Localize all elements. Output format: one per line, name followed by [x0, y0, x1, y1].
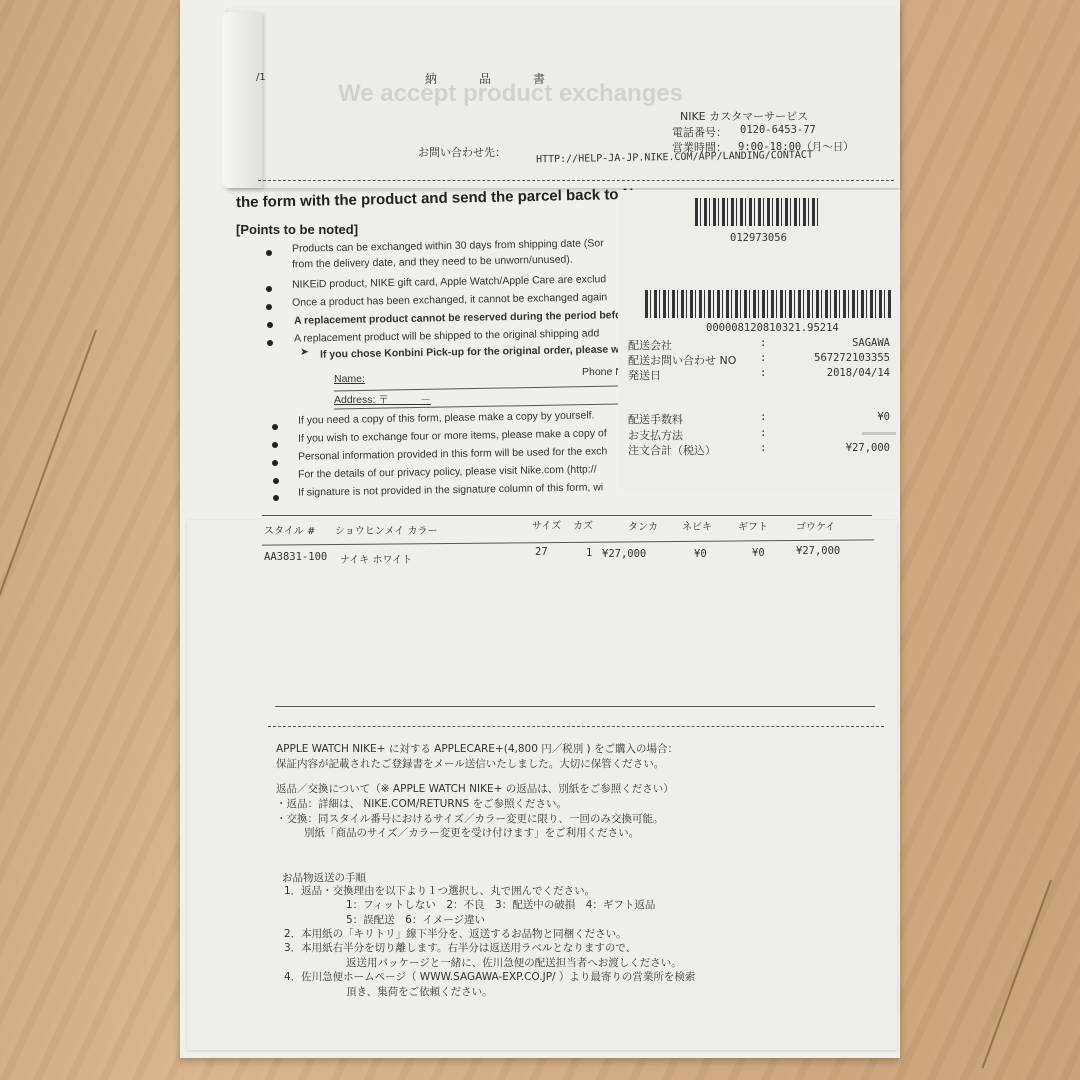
bullet [266, 304, 272, 310]
address-label: Address: 〒 － [334, 392, 431, 407]
shipping-value: ¥0 [820, 411, 890, 423]
shipping-label: 配送手数料 [628, 411, 683, 427]
table-rule-top [262, 515, 872, 516]
table-header-product: ショウヒンメイ カラー [335, 522, 437, 537]
bullet [267, 340, 273, 346]
shipping-sep: : [760, 442, 766, 454]
cut-line [258, 180, 894, 181]
payment-method-redacted [862, 432, 896, 435]
returns-note: ・返品：詳細は、 NIKE.COM/RETURNS をご参照ください。 [276, 796, 567, 811]
konbini-arrow-icon: ➤ [300, 346, 309, 358]
page-marker: /1 [256, 72, 266, 83]
bullet [273, 478, 279, 484]
procedure-step: 2．本用紙の「キリトリ」線下半分を、返送するお品物と同梱ください。 [284, 926, 627, 941]
bullet [273, 495, 279, 501]
bullet [266, 250, 272, 256]
phone-label: Phone N [582, 366, 623, 378]
shipping-value: 2018/04/14 [800, 367, 890, 379]
shipping-sep: : [760, 352, 766, 364]
shipping-value: 567272103355 [800, 352, 890, 364]
shipping-label: 発送日 [628, 367, 661, 383]
item-qty: 1 [586, 547, 592, 559]
shipping-sep: : [760, 427, 766, 439]
barcode-tracking [645, 290, 893, 318]
procedure-step: 頂き、集荷をご依頼ください。 [346, 984, 493, 999]
shipping-value: SAGAWA [820, 337, 890, 349]
paper-curl [222, 12, 262, 188]
returns-note: 別紙「商品のサイズ／カラー変更を受け付けます」をご利用ください。 [304, 825, 639, 840]
applecare-note: APPLE WATCH NIKE+ に対する APPLECARE+(4,800 … [276, 741, 678, 756]
table-header-style: スタイル # [264, 522, 315, 537]
barcode-order [695, 198, 820, 226]
name-label: Name: [334, 373, 365, 385]
bullet [272, 460, 278, 466]
procedure-step: 1．返品・交換理由を以下より１つ選択し、丸で囲んでください。 [284, 883, 595, 898]
procedure-step: 4．佐川急便ホームページ（ WWW.SAGAWA-EXP.CO.JP/ ）より最… [284, 969, 695, 984]
shipping-sep: : [760, 411, 766, 423]
table-rule-bottom [275, 706, 875, 707]
bullet [266, 286, 272, 292]
shipping-sep: : [760, 337, 766, 349]
item-unit-price: ¥27,000 [602, 548, 646, 560]
table-header-qty: カズ [573, 517, 593, 532]
table-header-total: ゴウケイ [796, 518, 835, 533]
phone-number: 0120-6453-77 [740, 124, 816, 136]
table-header-gift: ギフト [738, 518, 768, 533]
shipping-value: ¥27,000 [800, 442, 890, 454]
applecare-note: 保証内容が記載されたご登録書をメール送信いたしました。大切に保管ください。 [276, 756, 664, 771]
item-size: 27 [535, 546, 548, 558]
table-header-discount: ネビキ [682, 518, 712, 533]
item-gift: ¥0 [752, 547, 765, 559]
item-name-color: ナイキ ホワイト [340, 551, 412, 566]
table-header-unit-price: タンカ [628, 518, 658, 533]
procedure-reasons: 1：フィットしない 2：不良 3：配送中の破損 4：ギフト返品 [346, 897, 655, 912]
shipping-sep: : [760, 367, 766, 379]
shipping-label: 配送お問い合わせ NO [628, 352, 736, 368]
cut-line [268, 726, 884, 727]
item-total: ¥27,000 [796, 545, 840, 557]
bullet [267, 322, 273, 328]
returns-heading: 返品／交換について（※ APPLE WATCH NIKE+ の返品は、別紙をご参… [276, 781, 674, 796]
shipping-label: お支払方法 [628, 427, 683, 443]
phone-label: 電話番号： [672, 124, 727, 140]
bullet [272, 442, 278, 448]
contact-label: お問い合わせ先： [418, 144, 506, 160]
barcode-order-number: 012973056 [730, 232, 787, 244]
bullet [272, 424, 278, 430]
returns-note: ・交換：同スタイル番号におけるサイズ／カラー変更に限り、一回のみ交換可能。 [276, 811, 663, 826]
item-discount: ¥0 [694, 548, 707, 560]
item-style: AA3831-100 [264, 551, 327, 563]
procedure-reasons: 5：誤配送 6：イメージ違い [346, 912, 485, 927]
procedure-step: 3．本用紙右半分を切り離します。右半分は返送用ラベルとなりますので、 [284, 940, 636, 955]
barcode-tracking-number: 000008120810321.95214 [706, 322, 839, 334]
procedure-step: 返送用パッケージと一緒に、佐川急便の配送担当者へお渡しください。 [346, 955, 682, 970]
shipping-label: 注文合計（税込） [628, 442, 716, 458]
document-title: 納 品 書 [425, 70, 551, 87]
company-name: NIKE カスタマーサービス [680, 108, 808, 124]
points-heading: [Points to be noted] [236, 222, 358, 237]
table-header-size: サイズ [532, 517, 561, 532]
shipping-label: 配送会社 [628, 337, 672, 353]
